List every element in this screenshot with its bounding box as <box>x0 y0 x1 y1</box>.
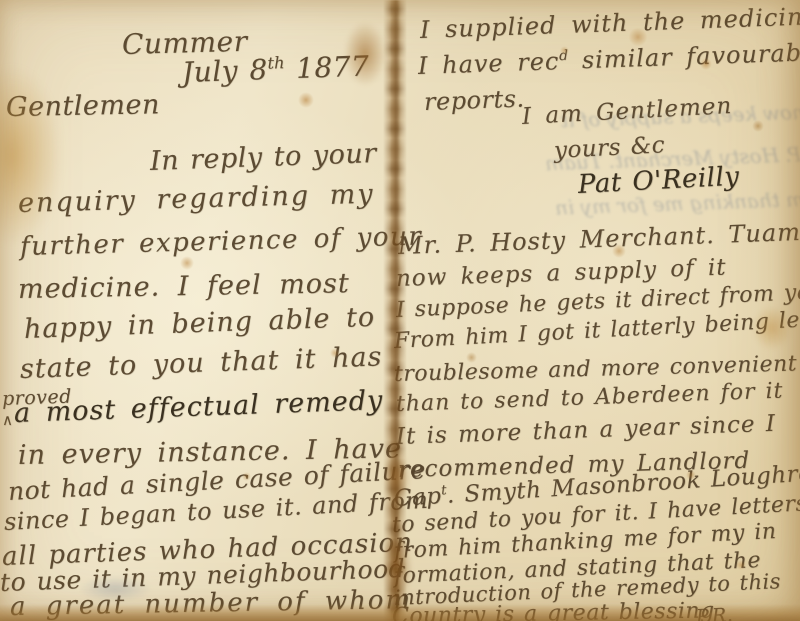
page-bottom-edge <box>0 604 800 621</box>
foxing-spots <box>0 0 800 621</box>
letter-scan: now keeps a supply of it Mr. P. Hosty Me… <box>0 0 800 621</box>
